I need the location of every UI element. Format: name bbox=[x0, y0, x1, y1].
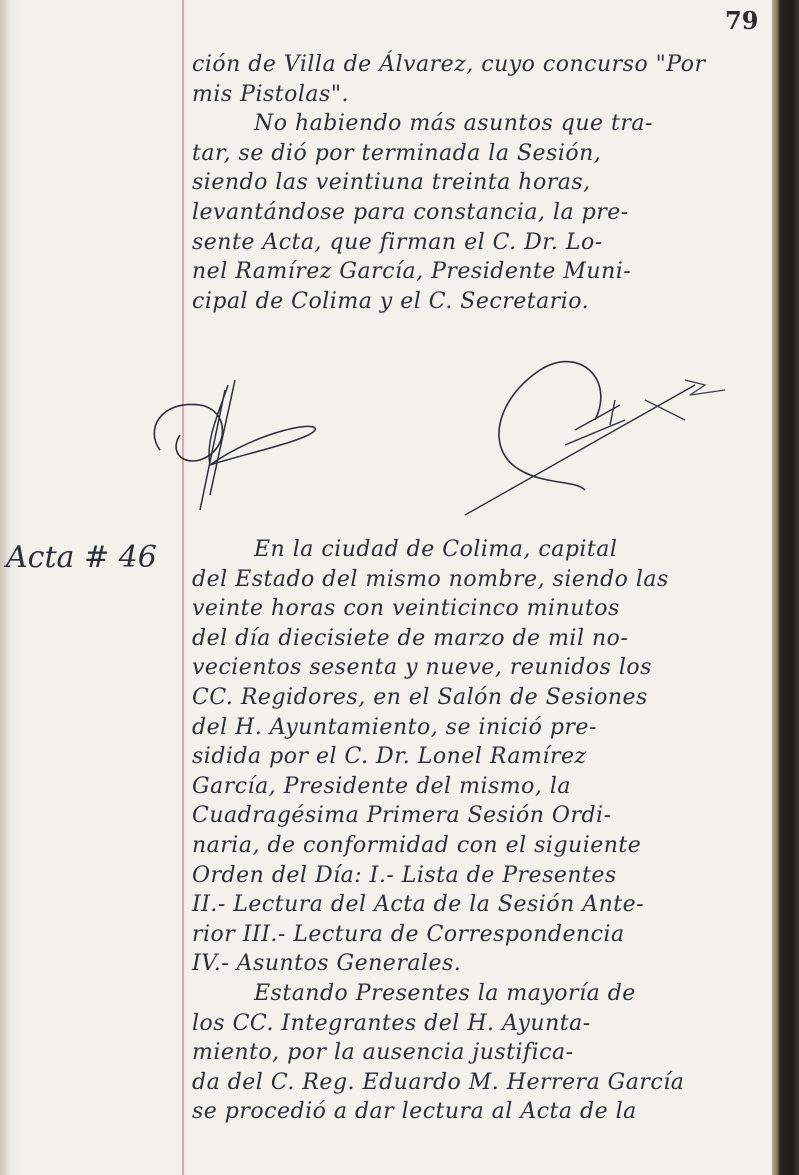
text-line: rior III.- Lectura de Correspondencia bbox=[192, 920, 772, 950]
text-line: miento, por la ausencia justifica- bbox=[192, 1038, 772, 1068]
text-line: se procedió a dar lectura al Acta de la bbox=[192, 1097, 772, 1127]
previous-entry-closing: ción de Villa de Álvarez, cuyo concurso … bbox=[192, 50, 772, 316]
text-line: los CC. Integrantes del H. Ayunta- bbox=[192, 1009, 772, 1039]
text-line: da del C. Reg. Eduardo M. Herrera García bbox=[192, 1068, 772, 1098]
text-line: ción de Villa de Álvarez, cuyo concurso … bbox=[192, 50, 772, 80]
text-line: tar, se dió por terminada la Sesión, bbox=[192, 139, 772, 169]
acta-number-label: Acta # 46 bbox=[6, 540, 157, 575]
text-line: Cuadragésima Primera Sesión Ordi- bbox=[192, 801, 772, 831]
text-line: CC. Regidores, en el Salón de Sesiones bbox=[192, 683, 772, 713]
text-line: II.- Lectura del Acta de la Sesión Ante- bbox=[192, 890, 772, 920]
text-line: siendo las veintiuna treinta horas, bbox=[192, 168, 772, 198]
text-line: mis Pistolas". bbox=[192, 80, 772, 110]
text-line: En la ciudad de Colima, capital bbox=[192, 535, 772, 565]
signature-secretary-icon bbox=[455, 350, 745, 520]
red-margin-line bbox=[182, 0, 184, 1175]
text-line: Estando Presentes la mayoría de bbox=[192, 979, 772, 1009]
text-line: naria, de conformidad con el siguiente bbox=[192, 831, 772, 861]
text-line: IV.- Asuntos Generales. bbox=[192, 949, 772, 979]
page-number: 79 bbox=[725, 6, 758, 35]
text-line: vecientos sesenta y nueve, reunidos los bbox=[192, 653, 772, 683]
signature-president-icon bbox=[140, 370, 330, 510]
text-line: cipal de Colima y el C. Secretario. bbox=[192, 287, 772, 317]
text-line: Orden del Día: I.- Lista de Presentes bbox=[192, 861, 772, 891]
text-line: del día diecisiete de marzo de mil no- bbox=[192, 624, 772, 654]
acta-46-body: En la ciudad de Colima, capital del Esta… bbox=[192, 535, 772, 1127]
text-line: García, Presidente del mismo, la bbox=[192, 772, 772, 802]
text-line: del H. Ayuntamiento, se inició pre- bbox=[192, 713, 772, 743]
text-line: veinte horas con veinticinco minutos bbox=[192, 594, 772, 624]
text-line: sidida por el C. Dr. Lonel Ramírez bbox=[192, 742, 772, 772]
text-line: del Estado del mismo nombre, siendo las bbox=[192, 565, 772, 595]
book-binding bbox=[772, 0, 799, 1175]
text-line: levantándose para constancia, la pre- bbox=[192, 198, 772, 228]
text-line: nel Ramírez García, Presidente Muni- bbox=[192, 257, 772, 287]
ledger-page: 79 ción de Villa de Álvarez, cuyo concur… bbox=[0, 0, 772, 1175]
text-line: sente Acta, que firman el C. Dr. Lo- bbox=[192, 228, 772, 258]
text-line: No habiendo más asuntos que tra- bbox=[192, 109, 772, 139]
